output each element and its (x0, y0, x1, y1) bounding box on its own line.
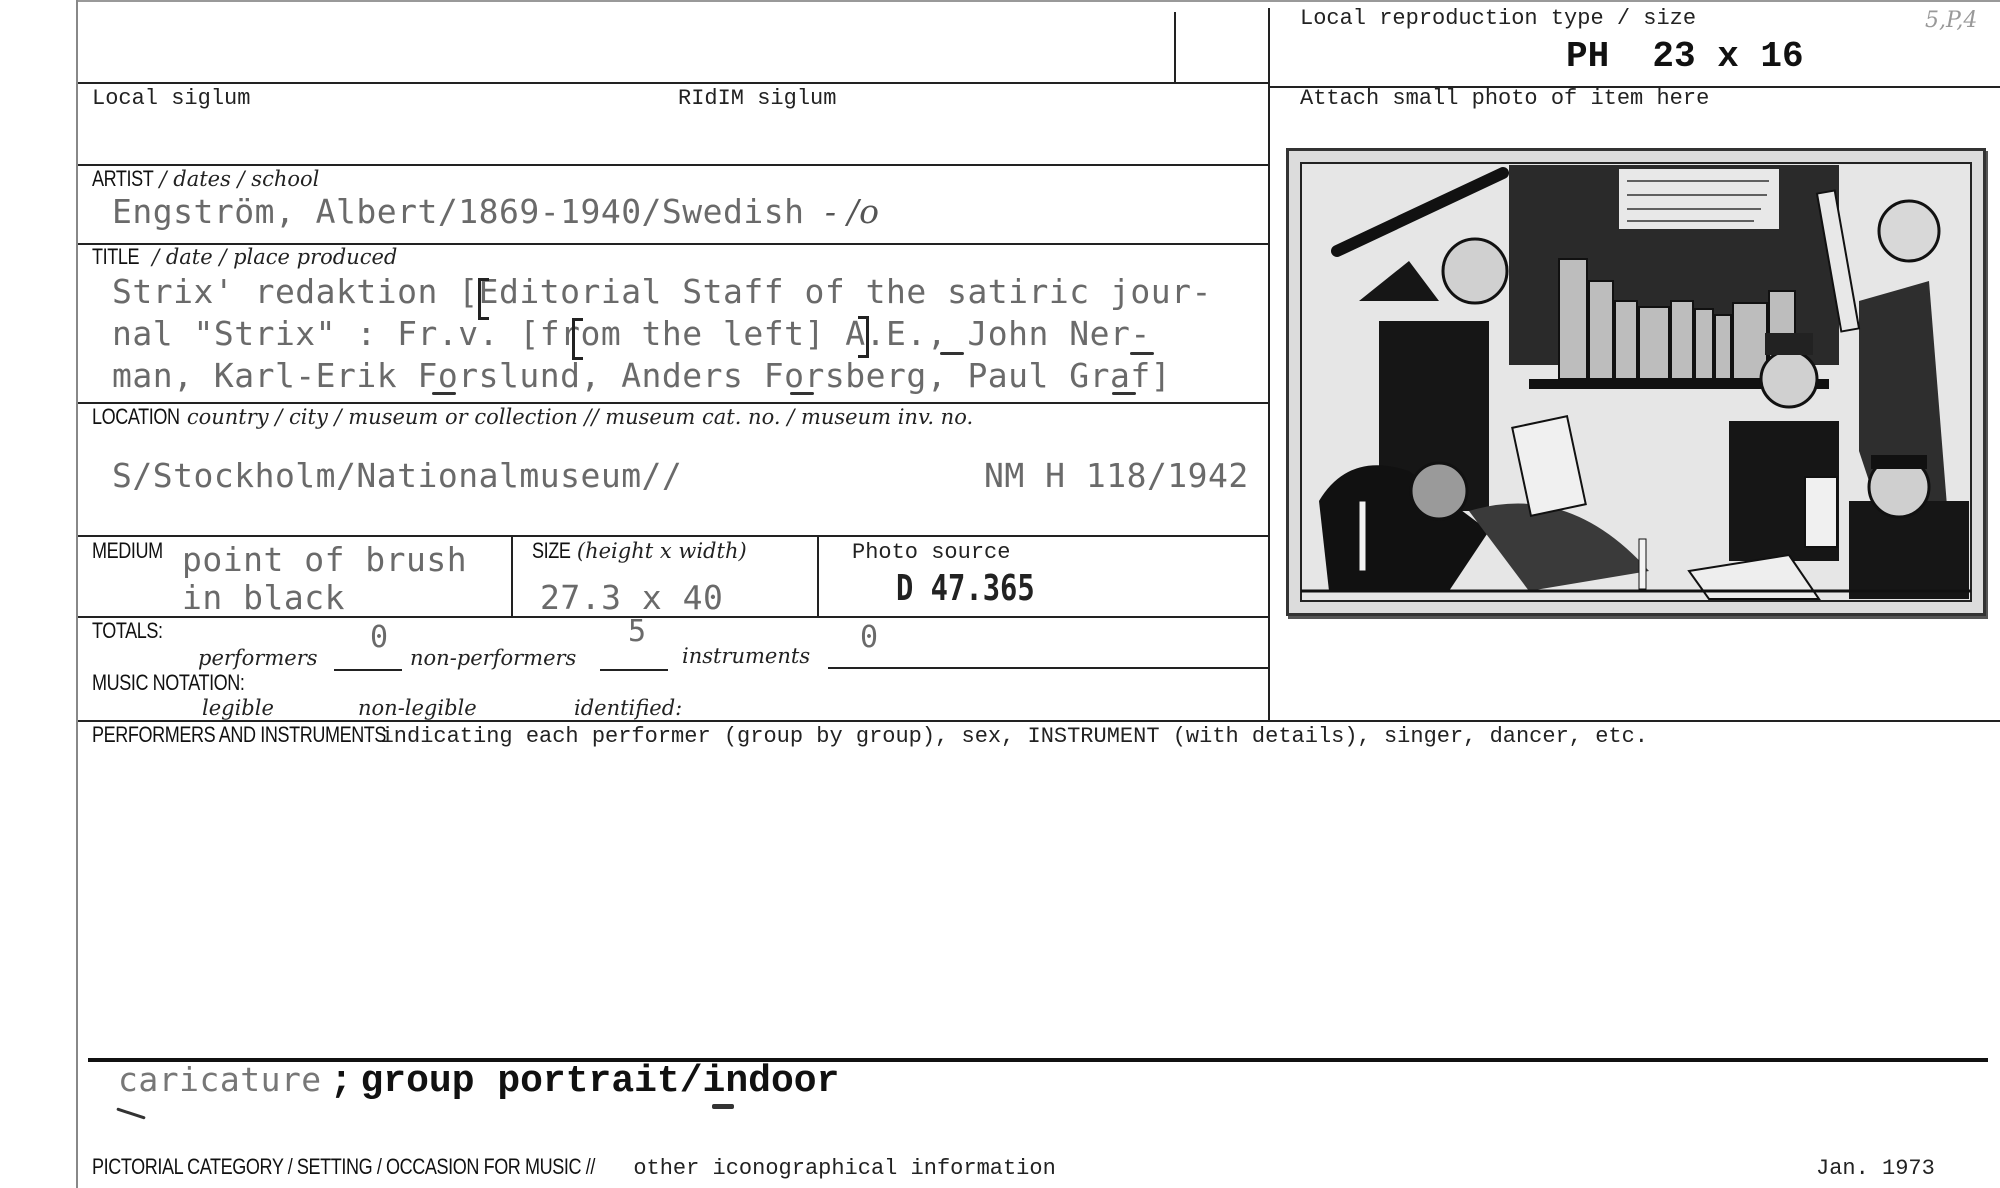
photo-source-label: Photo source (852, 540, 1010, 565)
medium-size-divider (511, 535, 513, 617)
pencil-stroke (116, 1107, 145, 1119)
siglum-top-line (78, 82, 1268, 84)
left-border (76, 0, 78, 1188)
artist-handwritten-suffix: - /o (825, 192, 880, 231)
title-line-2: nal "Strix" : Fr.v. [from the left] A.E.… (112, 314, 1151, 353)
bracket-mark (572, 318, 583, 360)
header-divider-1 (1174, 12, 1176, 84)
location-value: S/Stockholm/Nationalmuseum// (112, 456, 682, 495)
non-performers-blank (600, 669, 668, 671)
museum-inv-no: NM H 118/1942 (984, 456, 1249, 495)
pictorial-value: caricature;group portrait/indoor (118, 1060, 839, 1103)
size-value: 27.3 x 40 (540, 578, 723, 617)
underline-mark (790, 392, 814, 395)
music-notation-label: MUSIC NOTATION: (92, 670, 245, 696)
title-field-label: TITLE / date / place produced (92, 244, 397, 270)
performers-blank (334, 669, 402, 671)
medium-field-label: MEDIUM (92, 538, 163, 564)
totals-label: TOTALS: (92, 618, 163, 644)
non-performers-label: non-performers (410, 646, 576, 670)
title-line-1: Strix' redaktion [Editorial Staff of the… (112, 272, 1212, 311)
card-date: Jan. 1973 (1816, 1156, 1935, 1181)
photo-source-value: D 47.365 (896, 568, 1035, 609)
notation-legible: legible (202, 696, 274, 720)
pictorial-field-label: PICTORIAL CATEGORY / SETTING / OCCASION … (92, 1154, 1056, 1181)
artwork-photo (1286, 148, 1986, 616)
title-line-3: man, Karl-Erik Forslund, Anders Forsberg… (112, 356, 1171, 395)
notation-non-legible: non-legible (358, 696, 477, 720)
performers-value: 0 (370, 620, 389, 655)
performers-label: performers (198, 646, 318, 670)
artist-value: Engström, Albert/1869-1940/Swedish - /o (112, 192, 880, 231)
underline-mark (712, 1104, 734, 1109)
location-field-label: LOCATIONcountry / city / museum or colle… (92, 404, 973, 430)
underline-mark (1112, 392, 1136, 395)
instruments-label: instruments (682, 644, 810, 668)
size-field-label: SIZE(height x width) (532, 538, 747, 564)
notation-top-line (828, 667, 1268, 669)
medium-line-2: in black (182, 578, 345, 617)
medium-top-line (78, 535, 1268, 537)
right-column-divider (1268, 8, 1270, 720)
underline-mark (1130, 352, 1154, 355)
bracket-mark (858, 316, 869, 358)
performers-instruments-header: PERFORMERS AND INSTRUMENTSindicating eac… (92, 722, 1648, 749)
instruments-value: 0 (860, 620, 879, 655)
underline-mark (940, 352, 964, 355)
caricature-illustration (1289, 151, 1983, 613)
notation-identified: identified: (574, 696, 682, 720)
photo-label: Attach small photo of item here (1300, 86, 1709, 111)
repro-type-label: Local reproduction type / size (1300, 6, 1696, 31)
repro-type-value: PH 23 x 16 (1566, 36, 1804, 77)
ridim-siglum-label: RIdIM siglum (678, 86, 836, 111)
local-siglum-label: Local siglum (92, 86, 250, 111)
underline-mark (432, 392, 456, 395)
non-performers-value: 5 (628, 614, 647, 649)
size-photo-source-divider (817, 535, 819, 617)
top-border (78, 0, 2000, 2)
pencil-mark: 5,P,4 (1925, 8, 1977, 33)
medium-line-1: point of brush (182, 540, 467, 579)
bracket-mark (478, 278, 489, 320)
artist-field-label: ARTIST / dates / school (92, 166, 319, 192)
